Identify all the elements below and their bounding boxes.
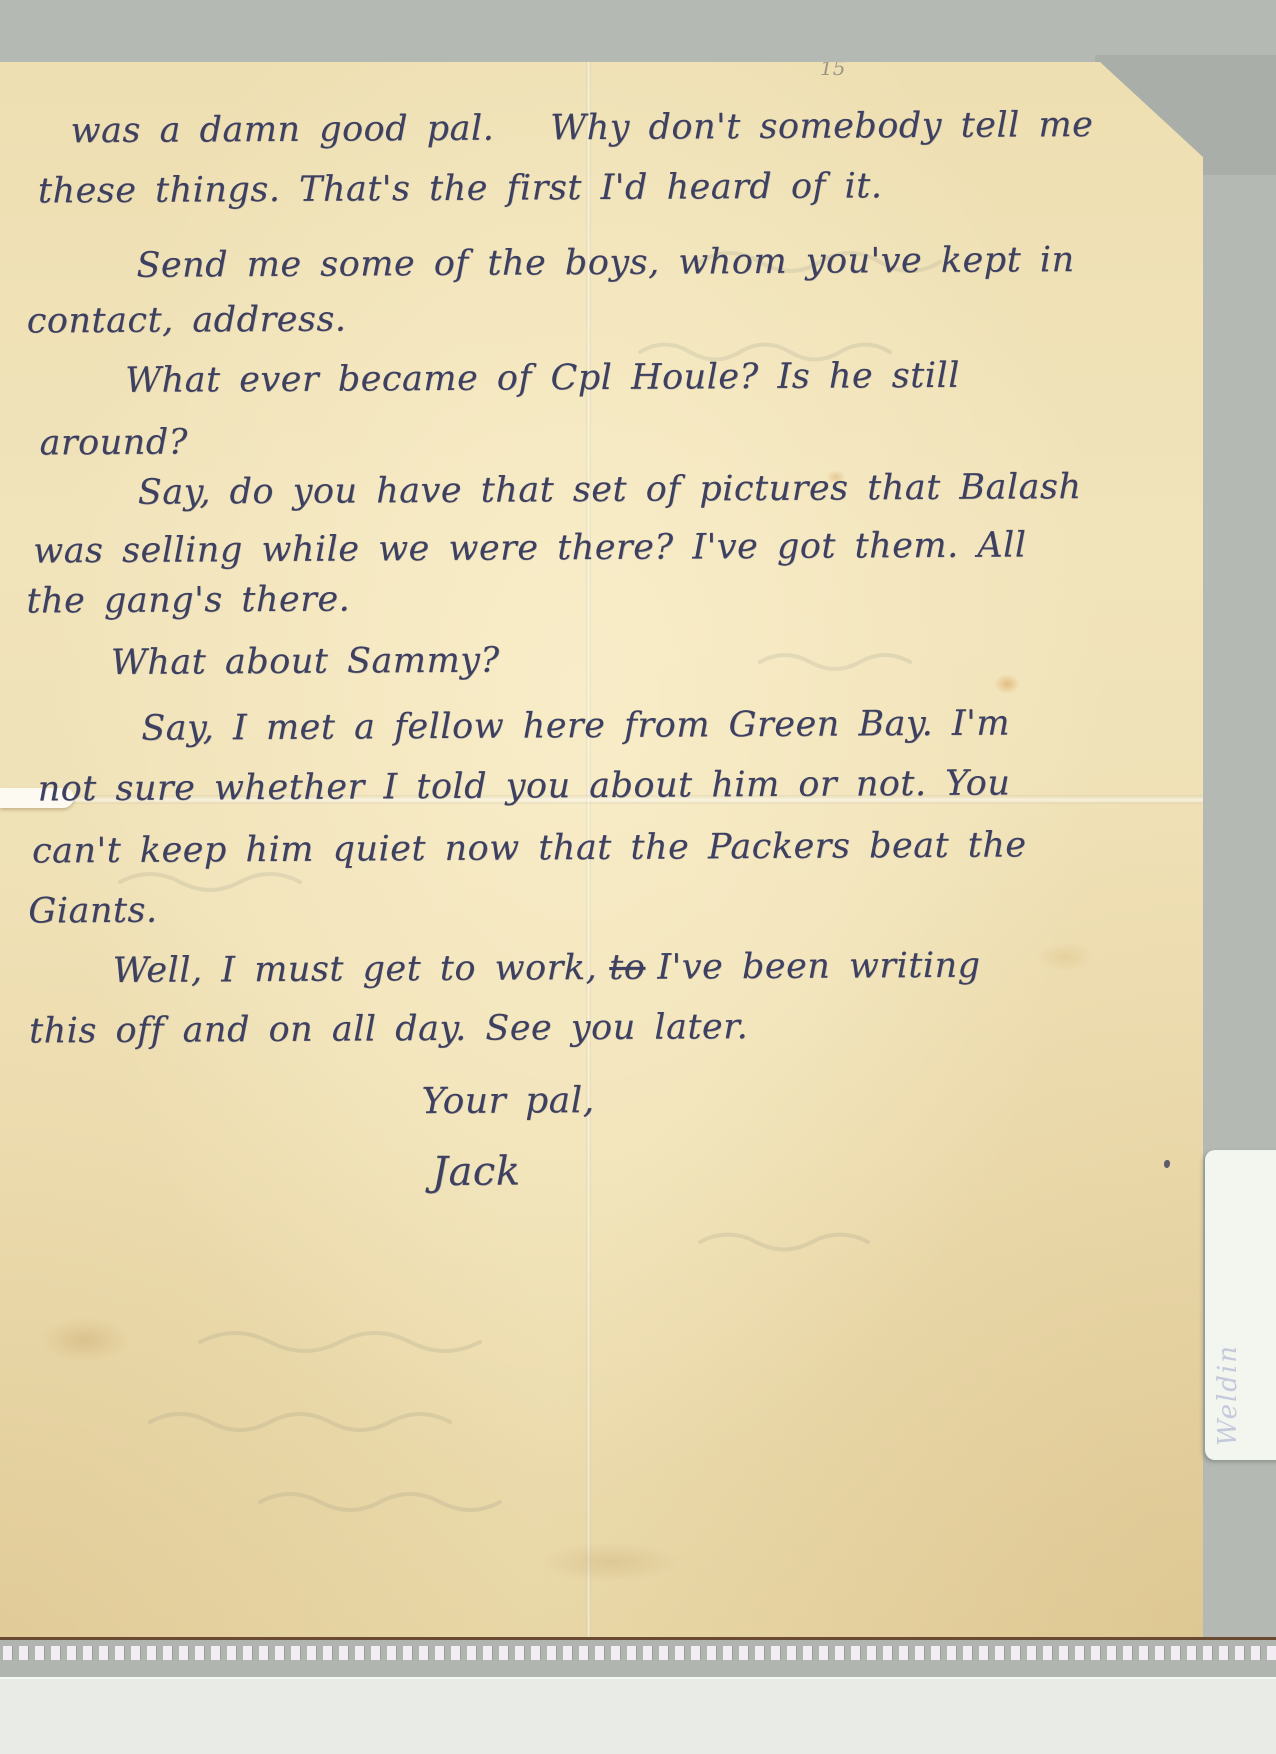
line-pre: Well, I must get to work, <box>113 948 598 991</box>
scanner-bed-bottom <box>0 1677 1276 1754</box>
struck-word: to <box>609 948 645 988</box>
letter-line: Say, I met a fellow here from Green Bay.… <box>141 704 1010 749</box>
letter-line: Giants. <box>28 891 157 932</box>
letter-line: around? <box>39 423 188 464</box>
sprocket-holes <box>0 1646 1276 1660</box>
archival-sticker-label: Weldin <box>1205 1150 1276 1460</box>
letter-line: can't keep him quiet now that the Packer… <box>32 825 1027 871</box>
letter-line: contact, address. <box>27 300 347 342</box>
letter-paper: 15 was a damn good pal. Why don't somebo… <box>0 62 1203 1637</box>
letter-line: this off and on all day. See you later. <box>29 1007 748 1051</box>
letter-line-with-strikeout: Well, I must get to work,toI've been wri… <box>113 946 981 991</box>
line-post: I've been writing <box>657 946 980 988</box>
letter-line: not sure whether I told you about him or… <box>38 764 1011 810</box>
letter-closing: Your pal, <box>421 1080 594 1122</box>
letter-line: Send me some of the boys, whom you've ke… <box>136 240 1074 286</box>
letter-line: these things. That's the first I'd heard… <box>38 166 883 211</box>
film-strip-band <box>0 1637 1276 1680</box>
letter-line: What about Sammy? <box>111 641 500 683</box>
label-handwriting: Weldin <box>1213 1344 1243 1446</box>
letter-line: was selling while we were there? I've go… <box>33 525 1027 571</box>
letter-line: Say, do you have that set of pictures th… <box>138 467 1082 513</box>
letter-signature: Jack <box>432 1149 521 1196</box>
scanned-letter-page: { "letter": { "lines": [ {"text": "was a… <box>0 0 1276 1754</box>
letter-body: was a damn good pal. Why don't somebody … <box>0 58 1208 1640</box>
letter-line: was a damn good pal. Why don't somebody … <box>70 105 1093 151</box>
letter-line: the gang's there. <box>26 580 350 622</box>
letter-line: What ever became of Cpl Houle? Is he sti… <box>125 356 960 401</box>
